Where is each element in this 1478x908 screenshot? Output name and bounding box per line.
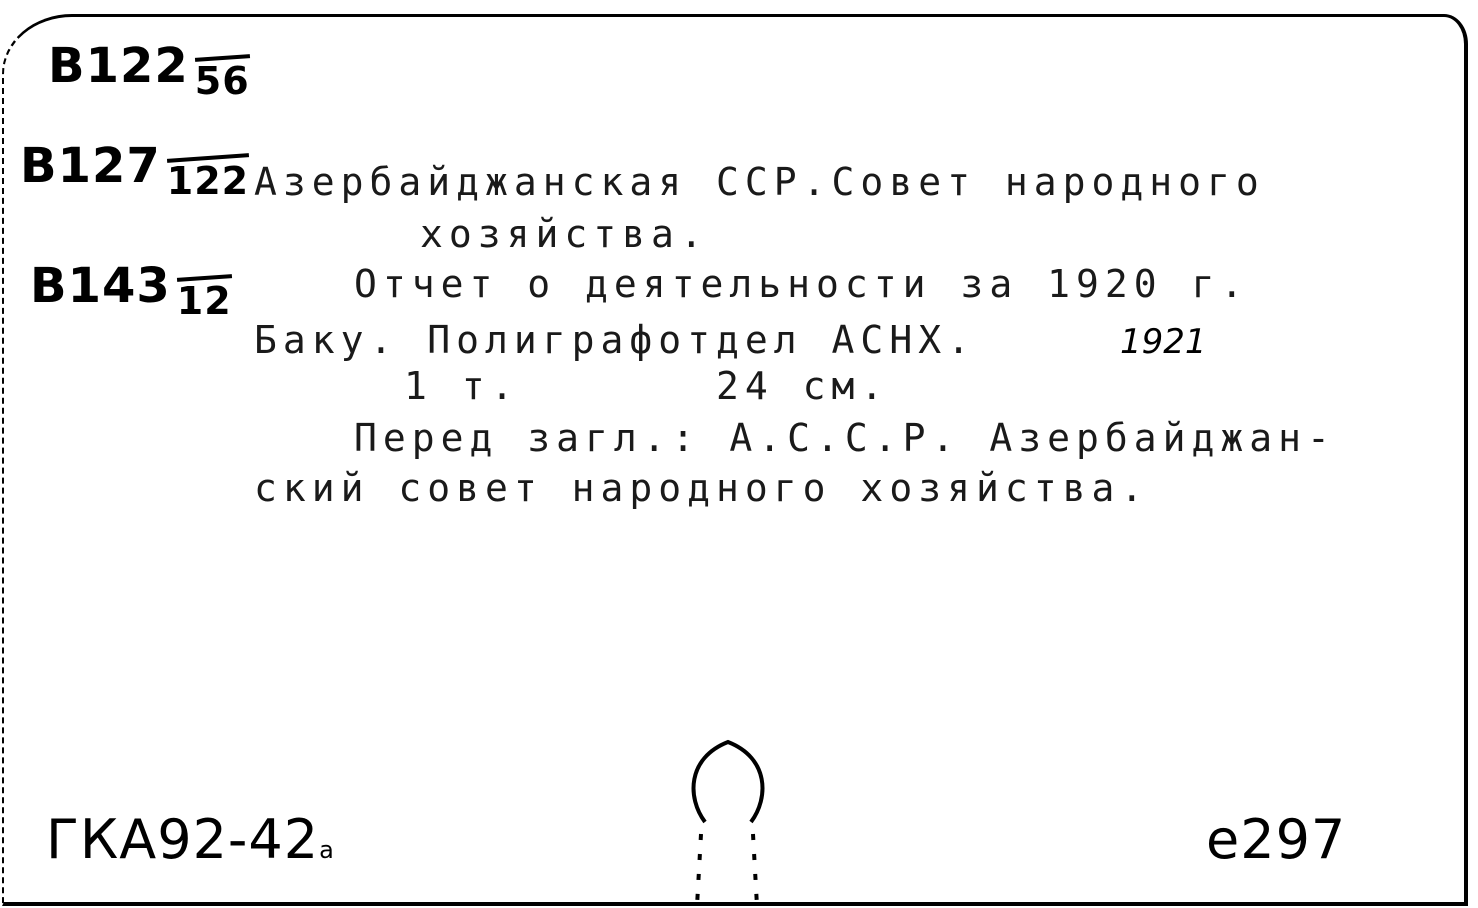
shelfmark-2: B127122 xyxy=(20,142,249,200)
bottom-left-code-text: ГКА92-42 xyxy=(46,808,319,871)
physical-size: 24 см. xyxy=(716,366,889,406)
shelfmark-3: B14312 xyxy=(30,262,232,320)
bottom-left-code-sub: а xyxy=(319,836,335,864)
bottom-left-code: ГКА92-42а xyxy=(46,808,335,871)
heading-line-2: хозяйства. xyxy=(420,214,709,254)
shelfmark-code: B143 xyxy=(30,258,171,314)
imprint-year-note: 1921 xyxy=(1120,322,1207,362)
shelfmark-sub: 12 xyxy=(177,282,232,320)
shelfmark-sub: 122 xyxy=(167,162,249,200)
shelfmark-1: B12256 xyxy=(48,42,250,100)
shelfmark-code: B127 xyxy=(20,138,161,194)
shelfmark-code: B122 xyxy=(48,38,189,94)
shelfmark-fraction: 56 xyxy=(195,42,250,100)
heading-line-1: Азербайджанская ССР.Совет народного xyxy=(254,162,1265,202)
note-line-1: Перед загл.: А.С.С.Р. Азербайджан- xyxy=(354,418,1336,458)
note-line-2: ский совет народного хозяйства. xyxy=(254,468,1149,508)
imprint-line: Баку. Полиграфотдел АСНХ. xyxy=(254,320,976,360)
shelfmark-fraction: 122 xyxy=(167,142,249,200)
card-punch-hole xyxy=(683,738,773,908)
bottom-right-code: e297 xyxy=(1206,808,1346,871)
shelfmark-fraction: 12 xyxy=(177,262,232,320)
shelfmark-sub: 56 xyxy=(195,62,250,100)
title-line: Отчет о деятельности за 1920 г. xyxy=(354,264,1249,304)
physical-volumes: 1 т. xyxy=(404,366,520,406)
